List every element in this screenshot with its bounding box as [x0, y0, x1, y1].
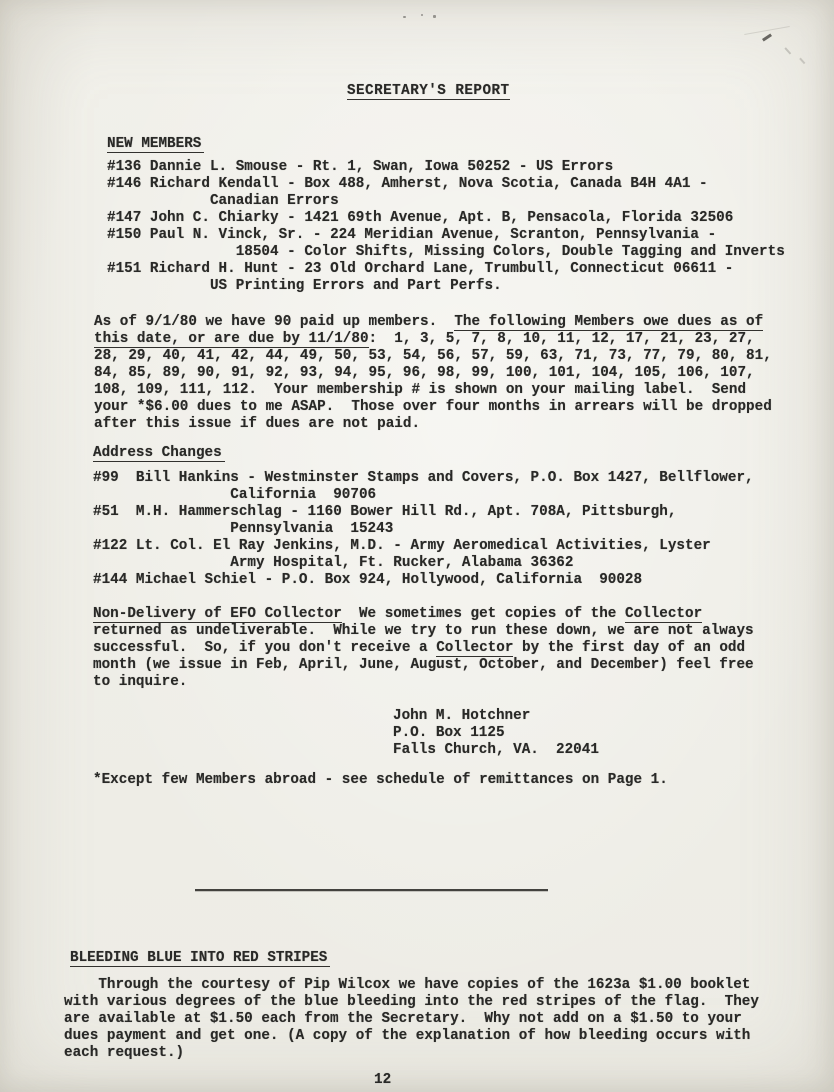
new-members-heading: NEW MEMBERS	[107, 136, 204, 153]
non-delivery-paragraph: Non-Delivery of EFO Collector We sometim…	[93, 606, 754, 691]
text-line: 18504 - Color Shifts, Missing Colors, Do…	[107, 244, 785, 261]
bleeding-paragraph: Through the courtesy of Pip Wilcox we ha…	[64, 977, 759, 1062]
text-line: #150 Paul N. Vinck, Sr. - 224 Meridian A…	[107, 227, 785, 244]
text-line: your *$6.00 dues to me ASAP. Those over …	[94, 399, 772, 416]
text-line: Through the courtesy of Pip Wilcox we ha…	[64, 977, 759, 994]
text-line: returned as undeliverable. While we try …	[93, 623, 754, 640]
dues-paragraph: As of 9/1/80 we have 90 paid up members.…	[94, 314, 772, 433]
paper-speck	[421, 14, 423, 16]
text-line: Non-Delivery of EFO Collector We sometim…	[93, 606, 754, 623]
text-line: 28, 29, 40, 41, 42, 44, 49, 50, 53, 54, …	[94, 348, 772, 365]
text-line: John M. Hotchner	[393, 708, 599, 725]
text-line: Pennsylvania 15243	[93, 521, 754, 538]
page-title-text: SECRETARY'S REPORT	[347, 83, 510, 100]
text-line: #122 Lt. Col. El Ray Jenkins, M.D. - Arm…	[93, 538, 754, 555]
document-page: SECRETARY'S REPORT NEW MEMBERS #136 Dann…	[0, 0, 834, 1092]
text-line: #51 M.H. Hammerschlag - 1160 Bower Hill …	[93, 504, 754, 521]
bleeding-heading: BLEEDING BLUE INTO RED STRIPES	[70, 950, 330, 967]
footnote: *Except few Members abroad - see schedul…	[93, 772, 668, 789]
text-line: US Printing Errors and Part Perfs.	[107, 278, 785, 295]
new-members-list: #136 Dannie L. Smouse - Rt. 1, Swan, Iow…	[107, 159, 785, 295]
text-line: after this issue if dues are not paid.	[94, 416, 772, 433]
text-line: 84, 85, 89, 90, 91, 92, 93, 94, 95, 96, …	[94, 365, 772, 382]
page-title: SECRETARY'S REPORT	[347, 83, 510, 100]
text-line: #151 Richard H. Hunt - 23 Old Orchard La…	[107, 261, 785, 278]
text-line: Canadian Errors	[107, 193, 785, 210]
text-line: to inquire.	[93, 674, 754, 691]
text-line: successful. So, if you don't receive a C…	[93, 640, 754, 657]
text-line: with various degrees of the blue bleedin…	[64, 994, 759, 1011]
text-line: this date, or are due by 11/1/80: 1, 3, …	[94, 331, 772, 348]
paper-speck	[433, 15, 436, 18]
text-line: Falls Church, VA. 22041	[393, 742, 599, 759]
text-line: As of 9/1/80 we have 90 paid up members.…	[94, 314, 772, 331]
pencil-mark	[762, 33, 772, 41]
pencil-mark	[785, 47, 791, 54]
text-line: are available at $1.50 each from the Sec…	[64, 1011, 759, 1028]
page-number: 12	[374, 1072, 391, 1089]
text-line: #146 Richard Kendall - Box 488, Amherst,…	[107, 176, 785, 193]
text-line: dues payment and get one. (A copy of the…	[64, 1028, 759, 1045]
text-line: each request.)	[64, 1045, 759, 1062]
text-line: California 90706	[93, 487, 754, 504]
text-line: *Except few Members abroad - see schedul…	[93, 772, 668, 789]
signature-block: John M. HotchnerP.O. Box 1125Falls Churc…	[393, 708, 599, 759]
text-line: P.O. Box 1125	[393, 725, 599, 742]
pencil-mark	[744, 26, 789, 35]
text-line: #144 Michael Schiel - P.O. Box 924, Holl…	[93, 572, 754, 589]
text-line: 108, 109, 111, 112. Your membership # is…	[94, 382, 772, 399]
pencil-mark	[800, 58, 806, 64]
section-divider	[195, 889, 548, 891]
paper-speck	[403, 16, 406, 18]
address-changes-list: #99 Bill Hankins - Westminster Stamps an…	[93, 470, 754, 589]
address-changes-heading: Address Changes	[93, 445, 225, 462]
text-line: #147 John C. Chiarky - 1421 69th Avenue,…	[107, 210, 785, 227]
text-line: #136 Dannie L. Smouse - Rt. 1, Swan, Iow…	[107, 159, 785, 176]
text-line: month (we issue in Feb, April, June, Aug…	[93, 657, 754, 674]
text-line: #99 Bill Hankins - Westminster Stamps an…	[93, 470, 754, 487]
text-line: Army Hospital, Ft. Rucker, Alabama 36362	[93, 555, 754, 572]
